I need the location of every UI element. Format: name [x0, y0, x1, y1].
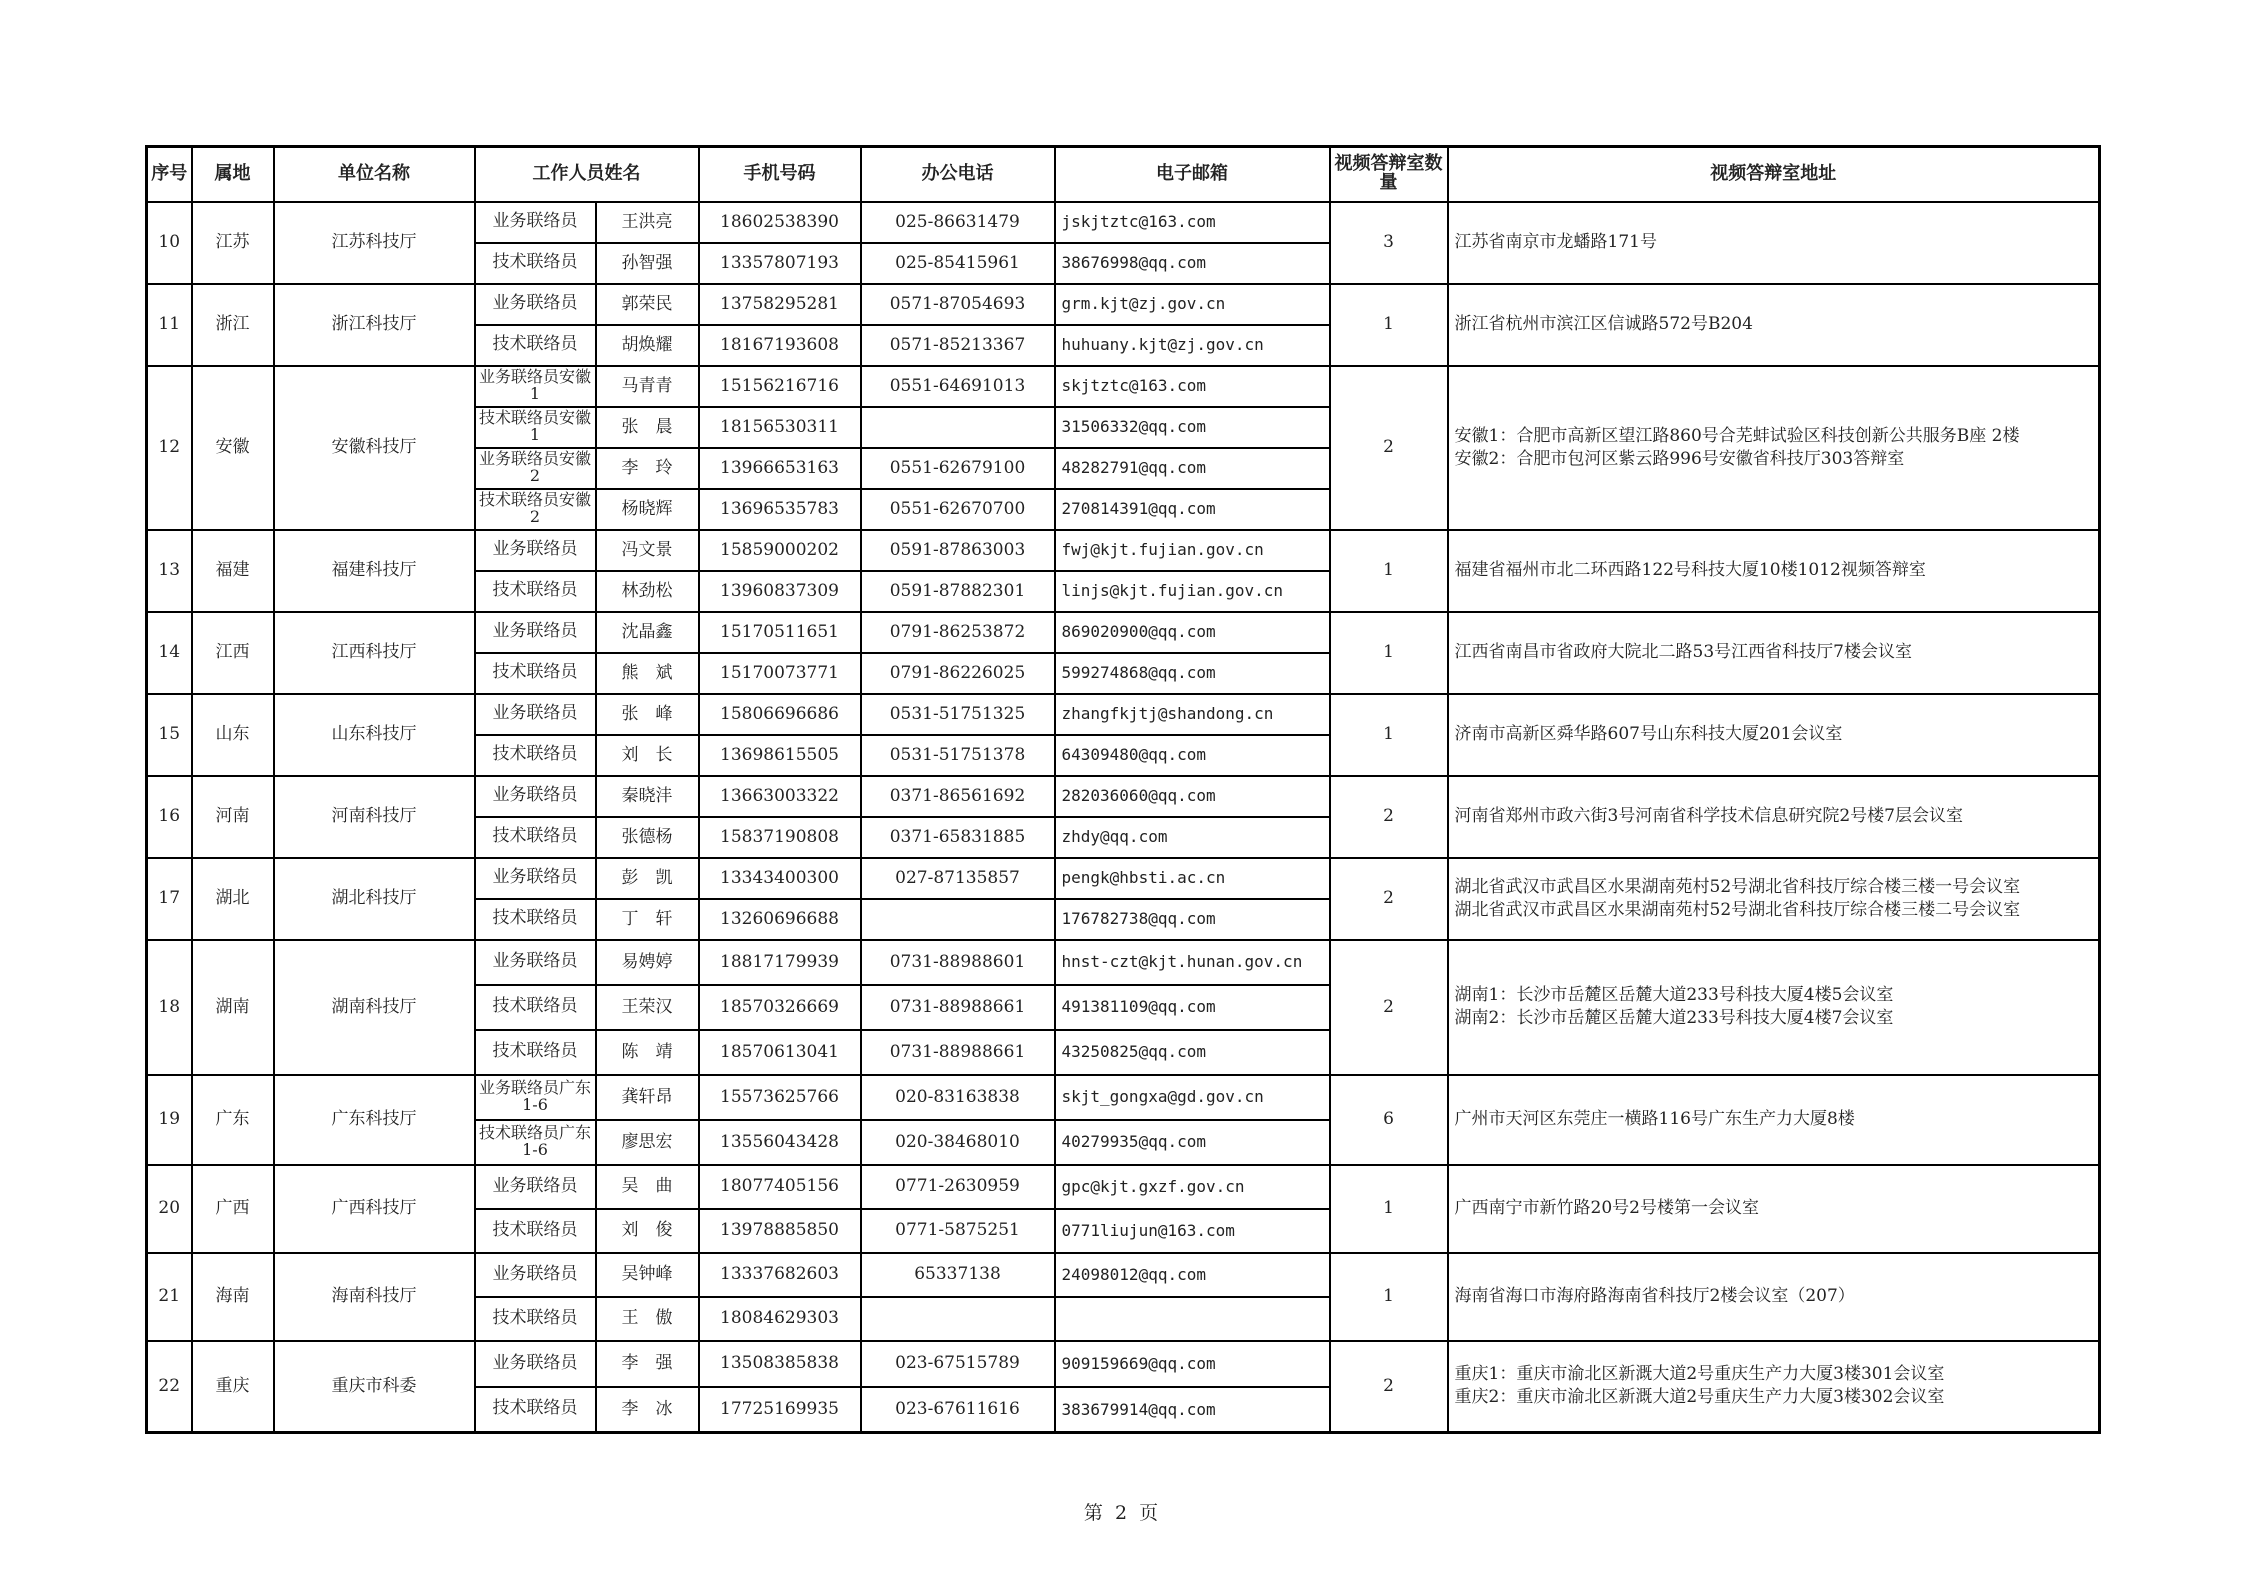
header-row: 序号 属地 单位名称 工作人员姓名 手机号码 办公电话 电子邮箱 视频答辩室数量… [147, 147, 2100, 202]
row-room-address: 湖北省武汉市武昌区水果湖南苑村52号湖北省科技厅综合楼三楼一号会议室湖北省武汉市… [1448, 858, 2100, 940]
contact-email[interactable]: 40279935@qq.com [1055, 1120, 1330, 1165]
contact-mobile: 13663003322 [699, 776, 861, 817]
contact-role: 技术联络员安徽1 [475, 407, 596, 448]
row-unit: 浙江科技厅 [274, 284, 475, 366]
contact-email[interactable]: 383679914@qq.com [1055, 1387, 1330, 1433]
row-index: 14 [147, 612, 192, 694]
contact-mobile: 13260696688 [699, 899, 861, 940]
table-row: 10江苏江苏科技厅业务联络员王洪亮18602538390025-86631479… [147, 202, 2100, 243]
contact-mobile: 15170073771 [699, 653, 861, 694]
row-region: 江西 [192, 612, 274, 694]
contact-mobile: 13357807193 [699, 243, 861, 284]
row-unit: 福建科技厅 [274, 530, 475, 612]
contact-email[interactable]: 869020900@qq.com [1055, 612, 1330, 653]
contact-email[interactable]: 38676998@qq.com [1055, 243, 1330, 284]
contact-mobile: 18156530311 [699, 407, 861, 448]
contact-mobile: 18167193608 [699, 325, 861, 366]
contact-mobile: 15859000202 [699, 530, 861, 571]
contact-email[interactable]: pengk@hbsti.ac.cn [1055, 858, 1330, 899]
row-unit: 安徽科技厅 [274, 366, 475, 530]
contact-mobile: 13337682603 [699, 1253, 861, 1297]
contact-email[interactable]: zhangfkjtj@shandong.cn [1055, 694, 1330, 735]
contact-role: 技术联络员 [475, 1209, 596, 1253]
address-line: 湖南2：长沙市岳麓区岳麓大道233号科技大厦4楼7会议室 [1455, 1007, 2099, 1030]
row-unit: 山东科技厅 [274, 694, 475, 776]
header-mobile: 手机号码 [699, 147, 861, 202]
contact-office-phone: 020-38468010 [861, 1120, 1055, 1165]
row-unit: 湖南科技厅 [274, 940, 475, 1075]
address-line: 江苏省南京市龙蟠路171号 [1455, 231, 2099, 254]
contact-mobile: 13698615505 [699, 735, 861, 776]
contact-role: 技术联络员 [475, 243, 596, 284]
contact-office-phone: 0551-62679100 [861, 448, 1055, 489]
row-index: 12 [147, 366, 192, 530]
contact-name: 王 傲 [596, 1297, 699, 1341]
row-index: 18 [147, 940, 192, 1075]
table-row: 22重庆重庆市科委业务联络员李 强13508385838023-67515789… [147, 1341, 2100, 1387]
contact-mobile: 18602538390 [699, 202, 861, 243]
contact-mobile: 13508385838 [699, 1341, 861, 1387]
row-room-count: 1 [1330, 530, 1448, 612]
row-room-address: 浙江省杭州市滨江区信诚路572号B204 [1448, 284, 2100, 366]
contact-office-phone: 0571-87054693 [861, 284, 1055, 325]
contact-office-phone: 0371-65831885 [861, 817, 1055, 858]
row-room-count: 2 [1330, 366, 1448, 530]
contact-office-phone: 023-67611616 [861, 1387, 1055, 1433]
contact-office-phone: 020-83163838 [861, 1075, 1055, 1120]
contact-email[interactable]: huhuany.kjt@zj.gov.cn [1055, 325, 1330, 366]
row-room-count: 2 [1330, 1341, 1448, 1433]
contact-office-phone: 0591-87863003 [861, 530, 1055, 571]
row-room-count: 3 [1330, 202, 1448, 284]
header-index: 序号 [147, 147, 192, 202]
contact-office-phone: 0771-5875251 [861, 1209, 1055, 1253]
contact-mobile: 15170511651 [699, 612, 861, 653]
header-room-address: 视频答辩室地址 [1448, 147, 2100, 202]
contact-name: 吴 曲 [596, 1165, 699, 1209]
row-region: 重庆 [192, 1341, 274, 1433]
contact-email[interactable]: 48282791@qq.com [1055, 448, 1330, 489]
contact-name: 张 晨 [596, 407, 699, 448]
contact-office-phone: 025-85415961 [861, 243, 1055, 284]
contact-office-phone: 0571-85213367 [861, 325, 1055, 366]
contact-name: 秦晓沣 [596, 776, 699, 817]
contact-name: 龚轩昂 [596, 1075, 699, 1120]
row-index: 22 [147, 1341, 192, 1433]
contact-office-phone: 0551-64691013 [861, 366, 1055, 407]
row-index: 20 [147, 1165, 192, 1253]
contact-office-phone: 0771-2630959 [861, 1165, 1055, 1209]
contact-role: 技术联络员 [475, 571, 596, 612]
contact-role: 技术联络员 [475, 899, 596, 940]
row-room-address: 江苏省南京市龙蟠路171号 [1448, 202, 2100, 284]
contact-mobile: 18077405156 [699, 1165, 861, 1209]
contact-email[interactable]: 491381109@qq.com [1055, 985, 1330, 1030]
row-region: 福建 [192, 530, 274, 612]
table-row: 11浙江浙江科技厅业务联络员郭荣民137582952810571-8705469… [147, 284, 2100, 325]
header-unit: 单位名称 [274, 147, 475, 202]
contact-role: 技术联络员广东1-6 [475, 1120, 596, 1165]
contact-office-phone: 0791-86253872 [861, 612, 1055, 653]
contact-role: 业务联络员 [475, 694, 596, 735]
contact-office-phone: 65337138 [861, 1253, 1055, 1297]
contact-role: 业务联络员 [475, 284, 596, 325]
table-row: 17湖北湖北科技厅业务联络员彭 凯13343400300027-87135857… [147, 858, 2100, 899]
contact-email[interactable]: skjtztc@163.com [1055, 366, 1330, 407]
row-index: 16 [147, 776, 192, 858]
contact-role: 业务联络员 [475, 1253, 596, 1297]
contact-email[interactable]: grm.kjt@zj.gov.cn [1055, 284, 1330, 325]
contact-role: 业务联络员 [475, 202, 596, 243]
contact-email[interactable]: 31506332@qq.com [1055, 407, 1330, 448]
row-unit: 江西科技厅 [274, 612, 475, 694]
contact-role: 业务联络员 [475, 776, 596, 817]
contact-name: 彭 凯 [596, 858, 699, 899]
table-row: 14江西江西科技厅业务联络员沈晶鑫151705116510791-8625387… [147, 612, 2100, 653]
contact-office-phone: 0731-88988661 [861, 985, 1055, 1030]
contact-mobile: 13343400300 [699, 858, 861, 899]
contact-mobile: 18570326669 [699, 985, 861, 1030]
contact-name: 李 强 [596, 1341, 699, 1387]
address-line: 河南省郑州市政六街3号河南省科学技术信息研究院2号楼7层会议室 [1455, 805, 2099, 828]
contact-office-phone [861, 1297, 1055, 1341]
contact-office-phone: 0731-88988601 [861, 940, 1055, 985]
contact-email [1055, 1297, 1330, 1341]
contact-mobile: 15573625766 [699, 1075, 861, 1120]
contact-email[interactable]: linjs@kjt.fujian.gov.cn [1055, 571, 1330, 612]
contact-office-phone: 0371-86561692 [861, 776, 1055, 817]
contact-mobile: 13556043428 [699, 1120, 861, 1165]
row-unit: 重庆市科委 [274, 1341, 475, 1433]
row-room-address: 江西省南昌市省政府大院北二路53号江西省科技厅7楼会议室 [1448, 612, 2100, 694]
contact-email[interactable]: 270814391@qq.com [1055, 489, 1330, 530]
row-room-count: 1 [1330, 1253, 1448, 1341]
contact-name: 陈 靖 [596, 1030, 699, 1075]
contact-email[interactable]: 43250825@qq.com [1055, 1030, 1330, 1075]
contact-mobile: 15837190808 [699, 817, 861, 858]
address-line: 湖南1：长沙市岳麓区岳麓大道233号科技大厦4楼5会议室 [1455, 984, 2099, 1007]
row-room-address: 湖南1：长沙市岳麓区岳麓大道233号科技大厦4楼5会议室湖南2：长沙市岳麓区岳麓… [1448, 940, 2100, 1075]
contact-office-phone [861, 407, 1055, 448]
contact-name: 王荣汉 [596, 985, 699, 1030]
row-room-count: 2 [1330, 940, 1448, 1075]
address-line: 重庆2：重庆市渝北区新溉大道2号重庆生产力大厦3楼302会议室 [1455, 1386, 2099, 1409]
row-room-address: 安徽1：合肥市高新区望江路860号合芜蚌试验区科技创新公共服务B座 2楼安徽2：… [1448, 366, 2100, 530]
contact-office-phone: 025-86631479 [861, 202, 1055, 243]
row-unit: 湖北科技厅 [274, 858, 475, 940]
table-body: 10江苏江苏科技厅业务联络员王洪亮18602538390025-86631479… [147, 202, 2100, 1433]
contact-mobile: 13758295281 [699, 284, 861, 325]
address-line: 湖北省武汉市武昌区水果湖南苑村52号湖北省科技厅综合楼三楼二号会议室 [1455, 899, 2099, 922]
contact-name: 易娉婷 [596, 940, 699, 985]
row-room-count: 2 [1330, 858, 1448, 940]
contact-role: 业务联络员广东1-6 [475, 1075, 596, 1120]
page-number: 第 2 页 [0, 1498, 2245, 1525]
contact-office-phone [861, 899, 1055, 940]
row-index: 13 [147, 530, 192, 612]
contact-role: 技术联络员 [475, 817, 596, 858]
table-row: 19广东广东科技厅业务联络员广东1-6龚轩昂15573625766020-831… [147, 1075, 2100, 1120]
row-room-address: 河南省郑州市政六街3号河南省科学技术信息研究院2号楼7层会议室 [1448, 776, 2100, 858]
row-index: 15 [147, 694, 192, 776]
address-line: 广州市天河区东莞庄一横路116号广东生产力大厦8楼 [1455, 1108, 2099, 1131]
contact-office-phone: 0731-88988661 [861, 1030, 1055, 1075]
contact-email[interactable]: fwj@kjt.fujian.gov.cn [1055, 530, 1330, 571]
table-row: 13福建福建科技厅业务联络员冯文景158590002020591-8786300… [147, 530, 2100, 571]
row-unit: 江苏科技厅 [274, 202, 475, 284]
row-room-count: 1 [1330, 284, 1448, 366]
contact-email[interactable]: skjt_gongxa@gd.gov.cn [1055, 1075, 1330, 1120]
contact-role: 业务联络员 [475, 530, 596, 571]
contact-office-phone: 0591-87882301 [861, 571, 1055, 612]
contact-role: 业务联络员 [475, 858, 596, 899]
row-room-address: 济南市高新区舜华路607号山东科技大厦201会议室 [1448, 694, 2100, 776]
row-index: 17 [147, 858, 192, 940]
contact-mobile: 17725169935 [699, 1387, 861, 1433]
address-line: 湖北省武汉市武昌区水果湖南苑村52号湖北省科技厅综合楼三楼一号会议室 [1455, 876, 2099, 899]
row-region: 河南 [192, 776, 274, 858]
row-region: 湖南 [192, 940, 274, 1075]
contact-email[interactable]: 0771liujun@163.com [1055, 1209, 1330, 1253]
contact-email[interactable]: 64309480@qq.com [1055, 735, 1330, 776]
address-line: 江西省南昌市省政府大院北二路53号江西省科技厅7楼会议室 [1455, 641, 2099, 664]
row-region: 湖北 [192, 858, 274, 940]
row-room-count: 6 [1330, 1075, 1448, 1165]
contact-mobile: 13978885850 [699, 1209, 861, 1253]
contact-name: 郭荣民 [596, 284, 699, 325]
contact-office-phone: 023-67515789 [861, 1341, 1055, 1387]
address-line: 海南省海口市海府路海南省科技厅2楼会议室（207） [1455, 1285, 2099, 1308]
row-region: 安徽 [192, 366, 274, 530]
contact-email[interactable]: 176782738@qq.com [1055, 899, 1330, 940]
contact-name: 冯文景 [596, 530, 699, 571]
row-index: 19 [147, 1075, 192, 1165]
row-region: 广西 [192, 1165, 274, 1253]
contact-name: 廖思宏 [596, 1120, 699, 1165]
row-unit: 广东科技厅 [274, 1075, 475, 1165]
contact-name: 李 玲 [596, 448, 699, 489]
row-room-address: 广州市天河区东莞庄一横路116号广东生产力大厦8楼 [1448, 1075, 2100, 1165]
contact-office-phone: 0531-51751325 [861, 694, 1055, 735]
row-region: 山东 [192, 694, 274, 776]
contact-name: 杨晓辉 [596, 489, 699, 530]
contact-email[interactable]: 599274868@qq.com [1055, 653, 1330, 694]
contact-name: 孙智强 [596, 243, 699, 284]
contact-mobile: 18084629303 [699, 1297, 861, 1341]
row-room-address: 重庆1：重庆市渝北区新溉大道2号重庆生产力大厦3楼301会议室重庆2：重庆市渝北… [1448, 1341, 2100, 1433]
contact-role: 业务联络员 [475, 1341, 596, 1387]
header-office-phone: 办公电话 [861, 147, 1055, 202]
contact-mobile: 15156216716 [699, 366, 861, 407]
contact-name: 林劲松 [596, 571, 699, 612]
contact-sheet: 序号 属地 单位名称 工作人员姓名 手机号码 办公电话 电子邮箱 视频答辩室数量… [145, 145, 2101, 1434]
contact-role: 业务联络员 [475, 612, 596, 653]
header-region: 属地 [192, 147, 274, 202]
contact-role: 业务联络员安徽1 [475, 366, 596, 407]
contact-mobile: 18570613041 [699, 1030, 861, 1075]
contact-role: 技术联络员 [475, 985, 596, 1030]
table-row: 15山东山东科技厅业务联络员张 峰158066966860531-5175132… [147, 694, 2100, 735]
row-unit: 广西科技厅 [274, 1165, 475, 1253]
contact-name: 李 冰 [596, 1387, 699, 1433]
contact-name: 丁 轩 [596, 899, 699, 940]
contact-email[interactable]: 282036060@qq.com [1055, 776, 1330, 817]
contact-name: 胡焕耀 [596, 325, 699, 366]
address-line: 安徽2：合肥市包河区紫云路996号安徽省科技厅303答辩室 [1455, 448, 2099, 471]
contact-name: 张 峰 [596, 694, 699, 735]
contact-role: 技术联络员 [475, 653, 596, 694]
header-staff: 工作人员姓名 [475, 147, 699, 202]
address-line: 广西南宁市新竹路20号2号楼第一会议室 [1455, 1197, 2099, 1220]
contact-name: 马青青 [596, 366, 699, 407]
row-region: 海南 [192, 1253, 274, 1341]
contact-email[interactable]: zhdy@qq.com [1055, 817, 1330, 858]
contact-role: 技术联络员 [475, 735, 596, 776]
row-unit: 海南科技厅 [274, 1253, 475, 1341]
table-row: 16河南河南科技厅业务联络员秦晓沣136630033220371-8656169… [147, 776, 2100, 817]
contact-email[interactable]: jskjtztc@163.com [1055, 202, 1330, 243]
row-region: 江苏 [192, 202, 274, 284]
contact-role: 技术联络员安徽2 [475, 489, 596, 530]
row-room-count: 2 [1330, 776, 1448, 858]
row-room-count: 1 [1330, 612, 1448, 694]
row-index: 21 [147, 1253, 192, 1341]
contact-office-phone: 0551-62670700 [861, 489, 1055, 530]
contact-role: 技术联络员 [475, 1030, 596, 1075]
address-line: 福建省福州市北二环西路122号科技大厦10楼1012视频答辩室 [1455, 559, 2099, 582]
contact-name: 熊 斌 [596, 653, 699, 694]
contact-mobile: 18817179939 [699, 940, 861, 985]
contact-role: 业务联络员 [475, 1165, 596, 1209]
row-room-address: 福建省福州市北二环西路122号科技大厦10楼1012视频答辩室 [1448, 530, 2100, 612]
row-region: 浙江 [192, 284, 274, 366]
row-index: 10 [147, 202, 192, 284]
address-line: 济南市高新区舜华路607号山东科技大厦201会议室 [1455, 723, 2099, 746]
contact-name: 王洪亮 [596, 202, 699, 243]
contact-office-phone: 0791-86226025 [861, 653, 1055, 694]
contact-role: 业务联络员 [475, 940, 596, 985]
header-email: 电子邮箱 [1055, 147, 1330, 202]
row-room-count: 1 [1330, 694, 1448, 776]
contact-name: 张德杨 [596, 817, 699, 858]
contact-email[interactable]: gpc@kjt.gxzf.gov.cn [1055, 1165, 1330, 1209]
row-unit: 河南科技厅 [274, 776, 475, 858]
contact-table: 序号 属地 单位名称 工作人员姓名 手机号码 办公电话 电子邮箱 视频答辩室数量… [145, 145, 2101, 1434]
contact-mobile: 13966653163 [699, 448, 861, 489]
address-line: 安徽1：合肥市高新区望江路860号合芜蚌试验区科技创新公共服务B座 2楼 [1455, 425, 2099, 448]
contact-role: 技术联络员 [475, 1297, 596, 1341]
contact-name: 吴钟峰 [596, 1253, 699, 1297]
address-line: 浙江省杭州市滨江区信诚路572号B204 [1455, 313, 2099, 336]
table-row: 20广西广西科技厅业务联络员吴 曲180774051560771-2630959… [147, 1165, 2100, 1209]
contact-role: 技术联络员 [475, 325, 596, 366]
contact-name: 刘 长 [596, 735, 699, 776]
contact-mobile: 13960837309 [699, 571, 861, 612]
contact-mobile: 13696535783 [699, 489, 861, 530]
contact-role: 技术联络员 [475, 1387, 596, 1433]
table-row: 12安徽安徽科技厅业务联络员安徽1马青青151562167160551-6469… [147, 366, 2100, 407]
contact-mobile: 15806696686 [699, 694, 861, 735]
contact-email[interactable]: 909159669@qq.com [1055, 1341, 1330, 1387]
contact-email[interactable]: 24098012@qq.com [1055, 1253, 1330, 1297]
contact-email[interactable]: hnst-czt@kjt.hunan.gov.cn [1055, 940, 1330, 985]
contact-name: 沈晶鑫 [596, 612, 699, 653]
header-room-count: 视频答辩室数量 [1330, 147, 1448, 202]
row-index: 11 [147, 284, 192, 366]
row-room-address: 广西南宁市新竹路20号2号楼第一会议室 [1448, 1165, 2100, 1253]
contact-office-phone: 0531-51751378 [861, 735, 1055, 776]
contact-role: 业务联络员安徽2 [475, 448, 596, 489]
row-region: 广东 [192, 1075, 274, 1165]
row-room-count: 1 [1330, 1165, 1448, 1253]
table-row: 21海南海南科技厅业务联络员吴钟峰13337682603653371382409… [147, 1253, 2100, 1297]
contact-office-phone: 027-87135857 [861, 858, 1055, 899]
table-row: 18湖南湖南科技厅业务联络员易娉婷188171799390731-8898860… [147, 940, 2100, 985]
contact-name: 刘 俊 [596, 1209, 699, 1253]
row-room-address: 海南省海口市海府路海南省科技厅2楼会议室（207） [1448, 1253, 2100, 1341]
address-line: 重庆1：重庆市渝北区新溉大道2号重庆生产力大厦3楼301会议室 [1455, 1363, 2099, 1386]
